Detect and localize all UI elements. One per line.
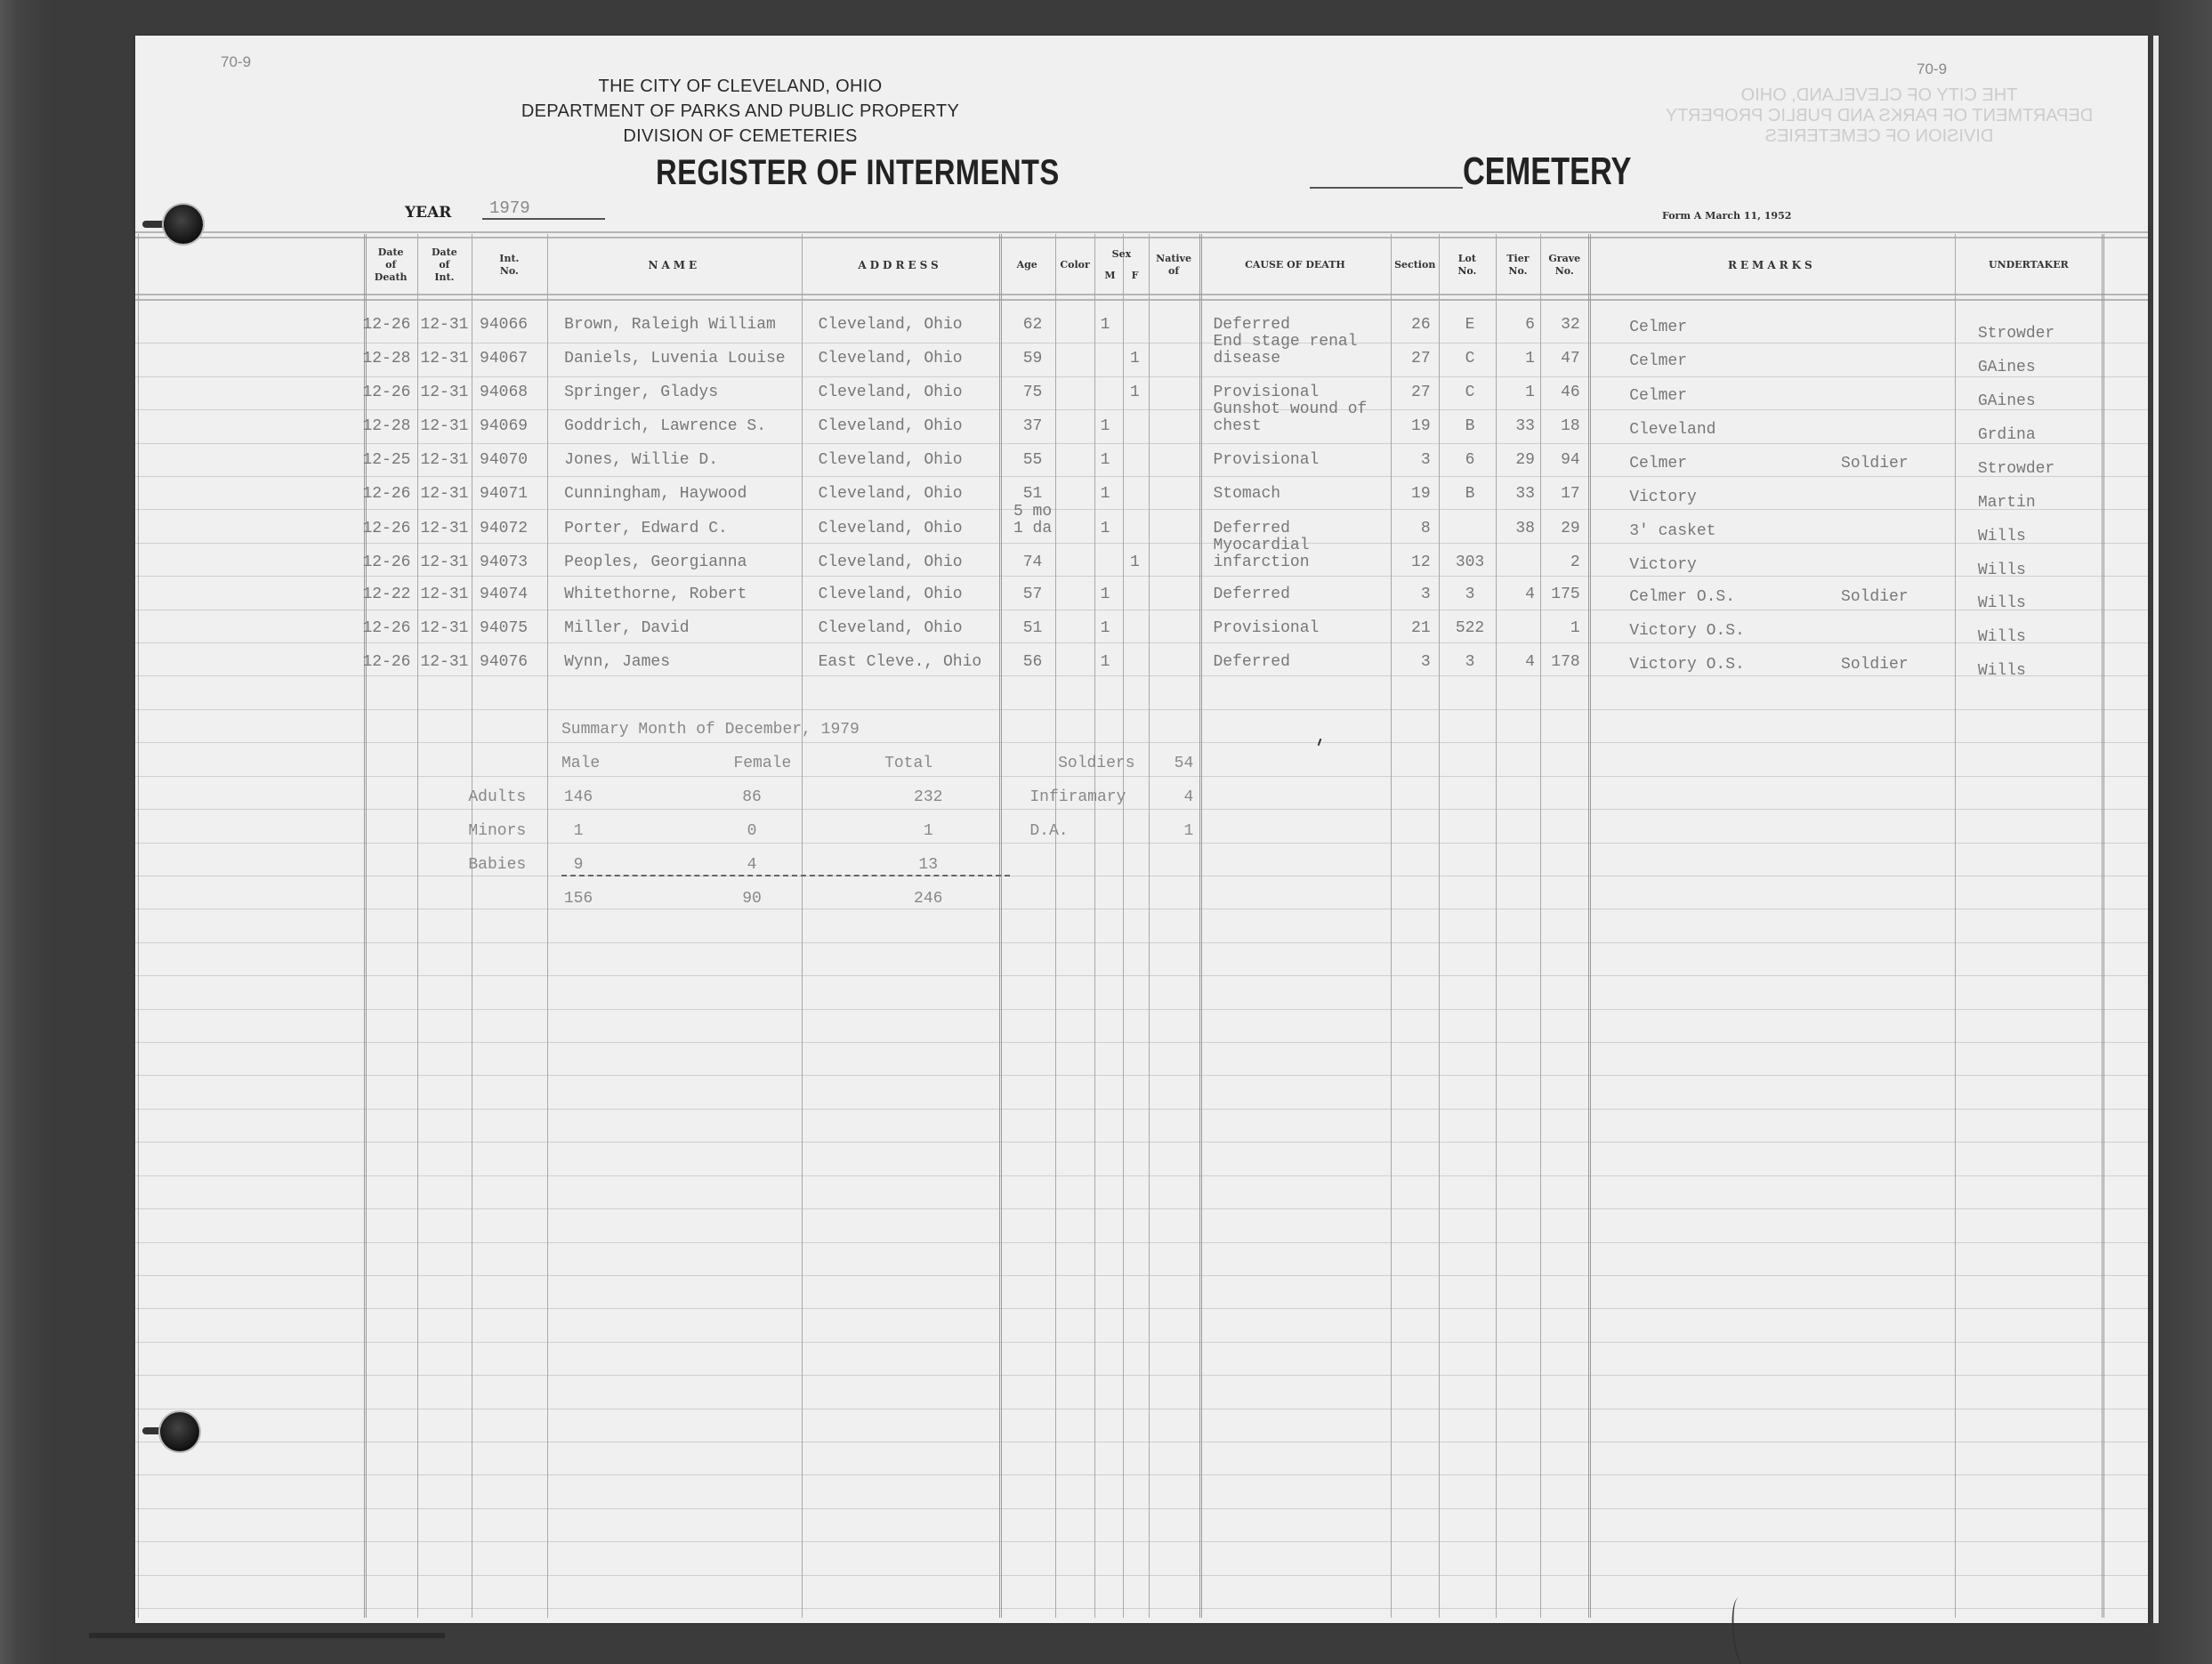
date-of-death: 12-26 bbox=[362, 620, 410, 637]
cause-of-death: Deferred bbox=[1213, 586, 1289, 603]
lot-number: 3 bbox=[1439, 654, 1501, 671]
register-page: 70-9 70-9 THE CITY OF CLEVELAND, OHIO DE… bbox=[135, 36, 2148, 1623]
remarks: Celmer bbox=[1629, 353, 1687, 370]
summary-female: 4 bbox=[716, 856, 787, 874]
sex-male: 1 bbox=[1101, 620, 1110, 637]
summary-side-value: 1 bbox=[1154, 822, 1193, 840]
grave-number: 94 bbox=[1540, 452, 1579, 469]
address: Cleveland, Ohio bbox=[819, 586, 963, 603]
remarks: Celmer bbox=[1629, 456, 1687, 473]
column-header-date_of_death: DateofDeath bbox=[364, 240, 417, 291]
interment-number: 94069 bbox=[480, 418, 528, 435]
date-of-interment: 12-31 bbox=[420, 586, 468, 603]
interment-number: 94067 bbox=[480, 351, 528, 368]
tier-number: 4 bbox=[1496, 654, 1535, 671]
cause-of-death: Provisional bbox=[1213, 384, 1319, 401]
ruled-line bbox=[135, 476, 2148, 477]
interment-number: 94074 bbox=[480, 586, 528, 603]
grave-number: 32 bbox=[1540, 317, 1579, 334]
decedent-name: Whitethorne, Robert bbox=[564, 586, 747, 603]
date-of-interment: 12-31 bbox=[420, 620, 468, 637]
address: Cleveland, Ohio bbox=[819, 620, 963, 637]
undertaker: Wills bbox=[1978, 529, 2026, 545]
remarks: Celmer bbox=[1629, 319, 1687, 336]
tier-number: 4 bbox=[1496, 586, 1535, 603]
summary-male: 9 bbox=[536, 856, 620, 874]
summary-total: 13 bbox=[886, 856, 971, 874]
lot-number: E bbox=[1439, 317, 1501, 334]
column-header-age: Age bbox=[999, 240, 1055, 291]
sex-male: 1 bbox=[1101, 486, 1110, 503]
grave-number: 18 bbox=[1540, 418, 1579, 435]
undertaker: Strowder bbox=[1978, 461, 2055, 478]
summary-row-label: Minors bbox=[468, 822, 526, 840]
tier-number: 29 bbox=[1496, 452, 1535, 469]
interment-number: 94073 bbox=[480, 554, 528, 571]
date-of-interment: 12-31 bbox=[420, 452, 468, 469]
page-code-right: 70-9 bbox=[1917, 61, 1947, 78]
section: 27 bbox=[1391, 384, 1430, 401]
grave-number: 2 bbox=[1540, 554, 1579, 571]
interment-number: 94076 bbox=[480, 654, 528, 671]
column-header-cause: CAUSE OF DEATH bbox=[1199, 240, 1392, 291]
ruled-line bbox=[135, 1474, 2148, 1475]
year-label: YEAR bbox=[405, 204, 451, 222]
remarks: Victory O.S. bbox=[1629, 623, 1745, 640]
section: 19 bbox=[1391, 418, 1430, 435]
sex-male: 1 bbox=[1101, 521, 1110, 537]
age: 5 mo1 da bbox=[1002, 504, 1064, 537]
date-of-interment: 12-31 bbox=[420, 486, 468, 503]
header-rule-top bbox=[135, 231, 2148, 233]
summary-title: Summary Month of December, 1979 bbox=[561, 721, 860, 739]
section: 27 bbox=[1391, 351, 1430, 368]
next-page-edge bbox=[2153, 36, 2159, 1623]
address: Cleveland, Ohio bbox=[819, 418, 963, 435]
age: 51 bbox=[1002, 486, 1064, 503]
ruled-line bbox=[135, 1342, 2148, 1343]
summary-row-label: Babies bbox=[468, 856, 526, 874]
tier-number: 33 bbox=[1496, 418, 1535, 435]
summary-total-underline bbox=[561, 875, 1010, 876]
column-divider bbox=[138, 234, 139, 1618]
section: 3 bbox=[1391, 586, 1430, 603]
ruled-line bbox=[135, 742, 2148, 743]
summary-female: 90 bbox=[716, 890, 787, 908]
ruled-line bbox=[135, 543, 2148, 544]
address: Cleveland, Ohio bbox=[819, 486, 963, 503]
cause-of-death: Deferred bbox=[1213, 317, 1289, 334]
ruled-line bbox=[135, 1275, 2148, 1276]
grave-number: 29 bbox=[1540, 521, 1579, 537]
cause-of-death: Stomach bbox=[1213, 486, 1280, 503]
interment-number: 94075 bbox=[480, 620, 528, 637]
ruled-line bbox=[135, 576, 2148, 577]
page-code-left: 70-9 bbox=[221, 53, 251, 71]
sex-header-label: Sex bbox=[1112, 248, 1132, 261]
cemetery-label: CEMETERY bbox=[1463, 149, 1631, 194]
decedent-name: Jones, Willie D. bbox=[564, 452, 718, 469]
date-of-interment: 12-31 bbox=[420, 317, 468, 334]
column-header-undertaker: UNDERTAKER bbox=[1955, 240, 2102, 291]
lot-number: 3 bbox=[1439, 586, 1501, 603]
column-divider bbox=[547, 234, 548, 1618]
cemetery-name-blank bbox=[1310, 187, 1463, 189]
column-divider bbox=[1588, 234, 1591, 1618]
remarks: Victory bbox=[1629, 489, 1697, 506]
cause-of-death: Provisional bbox=[1213, 452, 1319, 469]
scanner-label-strip bbox=[89, 1633, 445, 1638]
summary-male: 1 bbox=[536, 822, 620, 840]
date-of-interment: 12-31 bbox=[420, 351, 468, 368]
ruled-line bbox=[135, 1409, 2148, 1410]
grave-number: 17 bbox=[1540, 486, 1579, 503]
ruled-line bbox=[135, 709, 2148, 710]
grave-number: 46 bbox=[1540, 384, 1579, 401]
sex-male: 1 bbox=[1101, 654, 1110, 671]
address: Cleveland, Ohio bbox=[819, 452, 963, 469]
date-of-death: 12-26 bbox=[362, 486, 410, 503]
sex-male: 1 bbox=[1101, 452, 1110, 469]
ruled-line bbox=[135, 642, 2148, 643]
sex-female: 1 bbox=[1130, 384, 1140, 401]
sex-male: 1 bbox=[1101, 418, 1110, 435]
section: 12 bbox=[1391, 554, 1430, 571]
decedent-name: Porter, Edward C. bbox=[564, 521, 728, 537]
date-of-interment: 12-31 bbox=[420, 521, 468, 537]
section: 19 bbox=[1391, 486, 1430, 503]
column-divider bbox=[1496, 234, 1497, 1618]
address: East Cleve., Ohio bbox=[819, 654, 982, 671]
ruled-line bbox=[135, 675, 2148, 676]
age: 51 bbox=[1002, 620, 1064, 637]
cause-of-death: Deferred bbox=[1213, 521, 1289, 537]
undertaker: Grdina bbox=[1978, 427, 2036, 444]
ruled-line bbox=[135, 1242, 2148, 1243]
column-header-grave: GraveNo. bbox=[1540, 240, 1588, 291]
summary-header-male: Male bbox=[561, 755, 600, 772]
column-divider bbox=[1540, 234, 1541, 1618]
ruled-line bbox=[135, 610, 2148, 610]
lot-number: 303 bbox=[1439, 554, 1501, 571]
sex-subheader-f: F bbox=[1132, 270, 1139, 282]
column-header-date_of_int: DateofInt. bbox=[417, 240, 471, 291]
summary-total: 246 bbox=[886, 890, 971, 908]
ruled-line bbox=[135, 843, 2148, 844]
date-of-death: 12-26 bbox=[362, 317, 410, 334]
cause-of-death: Gunshot wound ofchest bbox=[1213, 401, 1367, 435]
summary-male: 146 bbox=[536, 788, 620, 806]
date-of-interment: 12-31 bbox=[420, 418, 468, 435]
decedent-name: Miller, David bbox=[564, 620, 689, 637]
grave-number: 175 bbox=[1540, 586, 1579, 603]
column-divider bbox=[1955, 234, 1956, 1618]
ruled-line bbox=[135, 409, 2148, 410]
column-divider bbox=[1439, 234, 1440, 1618]
cause-of-death: Provisional bbox=[1213, 620, 1319, 637]
sex-subheader-m: M bbox=[1104, 270, 1115, 282]
register-title: REGISTER OF INTERMENTS bbox=[656, 153, 1060, 193]
summary-total: 232 bbox=[886, 788, 971, 806]
ruled-line bbox=[135, 809, 2148, 810]
summary-female: 0 bbox=[716, 822, 787, 840]
cause-of-death: Deferred bbox=[1213, 654, 1289, 671]
ghost-line-3: DIVISION OF CEMETERIES bbox=[1577, 126, 2182, 147]
header-division: DIVISION OF CEMETERIES bbox=[438, 126, 1043, 147]
tier-number: 33 bbox=[1496, 486, 1535, 503]
date-of-death: 12-26 bbox=[362, 384, 410, 401]
ruled-line bbox=[135, 909, 2148, 909]
ghost-line-2: DEPARTMENT OF PARKS AND PUBLIC PROPERTY bbox=[1577, 106, 2182, 126]
interment-number: 94071 bbox=[480, 486, 528, 503]
date-of-death: 12-22 bbox=[362, 586, 410, 603]
date-of-death: 12-26 bbox=[362, 521, 410, 537]
ruled-line bbox=[135, 1375, 2148, 1376]
decedent-name: Goddrich, Lawrence S. bbox=[564, 418, 766, 435]
column-header-lot: LotNo. bbox=[1439, 240, 1495, 291]
ruled-line bbox=[135, 1042, 2148, 1043]
column-divider bbox=[1199, 234, 1202, 1618]
age: 59 bbox=[1002, 351, 1064, 368]
column-header-int_no: Int.No. bbox=[472, 240, 548, 291]
date-of-death: 12-26 bbox=[362, 654, 410, 671]
remarks-soldier: Soldier bbox=[1841, 456, 1909, 473]
summary-side-label: Infiramary bbox=[1029, 788, 1126, 806]
column-header-native_of: Nativeof bbox=[1149, 240, 1199, 291]
date-of-death: 12-28 bbox=[362, 351, 410, 368]
cause-of-death: Myocardialinfarction bbox=[1213, 537, 1309, 571]
column-divider bbox=[1123, 234, 1124, 1618]
column-divider bbox=[1149, 234, 1150, 1618]
grave-number: 1 bbox=[1540, 620, 1579, 637]
address: Cleveland, Ohio bbox=[819, 351, 963, 368]
age: 62 bbox=[1002, 317, 1064, 334]
sex-male: 1 bbox=[1101, 317, 1110, 334]
form-note: Form A March 11, 1952 bbox=[1662, 210, 1791, 222]
summary-side-label: Soldiers bbox=[1058, 755, 1134, 772]
section: 21 bbox=[1391, 620, 1430, 637]
interment-number: 94066 bbox=[480, 317, 528, 334]
summary-female: 86 bbox=[716, 788, 787, 806]
ruled-line bbox=[135, 509, 2148, 510]
remarks-soldier: Soldier bbox=[1841, 657, 1909, 674]
date-of-interment: 12-31 bbox=[420, 654, 468, 671]
remarks: Victory bbox=[1629, 557, 1697, 574]
date-of-death: 12-28 bbox=[362, 418, 410, 435]
column-header-tier: TierNo. bbox=[1496, 240, 1541, 291]
age: 56 bbox=[1002, 654, 1064, 671]
ruled-line bbox=[135, 776, 2148, 777]
ruled-line bbox=[135, 942, 2148, 943]
section: 8 bbox=[1391, 521, 1430, 537]
interment-number: 94070 bbox=[480, 452, 528, 469]
column-header-sex: SexMF bbox=[1094, 240, 1148, 291]
header-rule-bottom bbox=[135, 294, 2148, 295]
section: 3 bbox=[1391, 452, 1430, 469]
ruled-line bbox=[135, 1442, 2148, 1442]
decedent-name: Wynn, James bbox=[564, 654, 670, 671]
age: 57 bbox=[1002, 586, 1064, 603]
undertaker: Strowder bbox=[1978, 326, 2055, 343]
interment-number: 94072 bbox=[480, 521, 528, 537]
ruled-line bbox=[135, 343, 2148, 343]
grave-number: 178 bbox=[1540, 654, 1579, 671]
summary-side-value: 54 bbox=[1154, 755, 1193, 772]
ruled-line bbox=[135, 1109, 2148, 1110]
cause-of-death: End stage renaldisease bbox=[1213, 334, 1357, 368]
lot-number: B bbox=[1439, 418, 1501, 435]
address: Cleveland, Ohio bbox=[819, 521, 963, 537]
undertaker: Wills bbox=[1978, 595, 2026, 612]
age: 55 bbox=[1002, 452, 1064, 469]
undertaker: GAines bbox=[1978, 393, 2036, 410]
decedent-name: Peoples, Georgianna bbox=[564, 554, 747, 571]
bleed-through-header: THE CITY OF CLEVELAND, OHIO DEPARTMENT O… bbox=[1577, 85, 2182, 147]
year-value: 1979 bbox=[482, 198, 605, 220]
address: Cleveland, Ohio bbox=[819, 554, 963, 571]
column-divider bbox=[417, 234, 418, 1618]
decedent-name: Cunningham, Haywood bbox=[564, 486, 747, 503]
grave-number: 47 bbox=[1540, 351, 1579, 368]
summary-header-female: Female bbox=[733, 755, 791, 772]
ruled-line bbox=[135, 1608, 2148, 1609]
ruled-line bbox=[135, 1208, 2148, 1209]
tier-number: 1 bbox=[1496, 384, 1535, 401]
summary-male: 156 bbox=[536, 890, 620, 908]
undertaker: Martin bbox=[1978, 495, 2036, 512]
remarks: Victory O.S. bbox=[1629, 657, 1745, 674]
age: 37 bbox=[1002, 418, 1064, 435]
column-divider bbox=[472, 234, 472, 1618]
ghost-line-1: THE CITY OF CLEVELAND, OHIO bbox=[1577, 85, 2182, 106]
sex-male: 1 bbox=[1101, 586, 1110, 603]
lot-number: 6 bbox=[1439, 452, 1501, 469]
undertaker: Wills bbox=[1978, 629, 2026, 646]
column-divider bbox=[1094, 234, 1095, 1618]
column-header-address: ADDRESS bbox=[802, 240, 999, 291]
section: 3 bbox=[1391, 654, 1430, 671]
header-rule-bottom-2 bbox=[135, 299, 2148, 301]
ruled-line bbox=[135, 443, 2148, 444]
undertaker: Wills bbox=[1978, 562, 2026, 579]
remarks-soldier: Soldier bbox=[1841, 589, 1909, 606]
ruled-line bbox=[135, 1508, 2148, 1509]
ruled-line bbox=[135, 1541, 2148, 1542]
decedent-name: Daniels, Luvenia Louise bbox=[564, 351, 785, 368]
column-header-color: Color bbox=[1055, 240, 1094, 291]
date-of-interment: 12-31 bbox=[420, 554, 468, 571]
tier-number: 38 bbox=[1496, 521, 1535, 537]
remarks: Celmer O.S. bbox=[1629, 589, 1735, 606]
ruled-line bbox=[135, 1175, 2148, 1176]
age: 74 bbox=[1002, 554, 1064, 571]
column-header-remarks: REMARKS bbox=[1588, 240, 1955, 291]
column-divider bbox=[364, 234, 367, 1618]
ruled-line bbox=[135, 1009, 2148, 1010]
column-header-name: NAME bbox=[547, 240, 801, 291]
ruled-line bbox=[135, 876, 2148, 876]
undertaker: GAines bbox=[1978, 359, 2036, 376]
remarks: Cleveland bbox=[1629, 422, 1716, 439]
sex-female: 1 bbox=[1130, 554, 1140, 571]
header-rule-top-2 bbox=[135, 237, 2148, 238]
tier-number: 1 bbox=[1496, 351, 1535, 368]
lot-number: 522 bbox=[1439, 620, 1501, 637]
undertaker: Wills bbox=[1978, 663, 2026, 680]
ruled-line bbox=[135, 1142, 2148, 1143]
summary-side-label: D.A. bbox=[1029, 822, 1068, 840]
column-divider bbox=[999, 234, 1002, 1618]
column-divider bbox=[1391, 234, 1392, 1618]
summary-header-total: Total bbox=[884, 755, 932, 772]
summary-side-value: 4 bbox=[1154, 788, 1193, 806]
punch-hole-bottom bbox=[160, 1412, 199, 1451]
address: Cleveland, Ohio bbox=[819, 317, 963, 334]
remarks: Celmer bbox=[1629, 388, 1687, 405]
section: 26 bbox=[1391, 317, 1430, 334]
column-divider bbox=[802, 234, 803, 1618]
column-header-section: Section bbox=[1391, 240, 1439, 291]
summary-total: 1 bbox=[886, 822, 971, 840]
decedent-name: Brown, Raleigh William bbox=[564, 317, 776, 334]
lot-number: C bbox=[1439, 384, 1501, 401]
ruled-line bbox=[135, 1575, 2148, 1576]
age: 75 bbox=[1002, 384, 1064, 401]
column-divider bbox=[1055, 234, 1056, 1618]
lot-number: C bbox=[1439, 351, 1501, 368]
remarks: 3' casket bbox=[1629, 523, 1716, 540]
ruled-line bbox=[135, 975, 2148, 976]
summary-row-label: Adults bbox=[468, 788, 526, 806]
column-divider bbox=[2102, 234, 2104, 1618]
decedent-name: Springer, Gladys bbox=[564, 384, 718, 401]
header-city: THE CITY OF CLEVELAND, OHIO bbox=[438, 77, 1043, 97]
ruled-line bbox=[135, 376, 2148, 377]
interment-number: 94068 bbox=[480, 384, 528, 401]
tier-number: 6 bbox=[1496, 317, 1535, 334]
ruled-line bbox=[135, 1075, 2148, 1076]
sex-female: 1 bbox=[1130, 351, 1140, 368]
lot-number: B bbox=[1439, 486, 1501, 503]
date-of-death: 12-26 bbox=[362, 554, 410, 571]
ruled-line bbox=[135, 1308, 2148, 1309]
date-of-interment: 12-31 bbox=[420, 384, 468, 401]
date-of-death: 12-25 bbox=[362, 452, 410, 469]
header-department: DEPARTMENT OF PARKS AND PUBLIC PROPERTY bbox=[438, 101, 1043, 122]
address: Cleveland, Ohio bbox=[819, 384, 963, 401]
punch-hole-top bbox=[164, 205, 203, 244]
